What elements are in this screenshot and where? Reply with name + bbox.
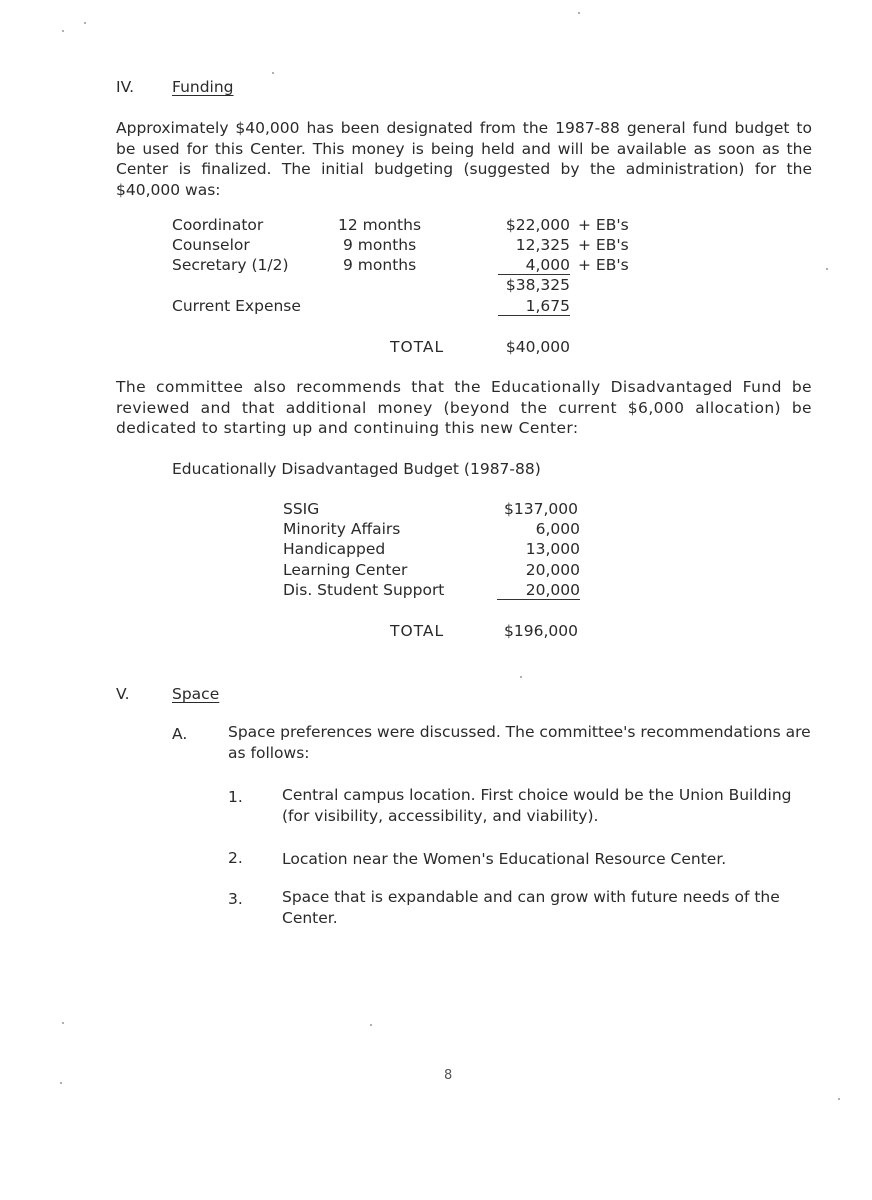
ed-label: Minority Affairs (283, 520, 400, 538)
budget-duration: 9 months (343, 256, 416, 274)
budget-label: Coordinator (172, 216, 263, 234)
list-item: Location near the Women's Educational Re… (282, 849, 812, 870)
ed-amount: 20,000 (497, 581, 580, 600)
ed-label: Learning Center (283, 561, 407, 579)
budget-label: Current Expense (172, 297, 301, 315)
scan-speck (578, 12, 580, 14)
section-v-heading: Space (172, 685, 219, 703)
section-v-numeral: V. (116, 685, 130, 703)
list-item-marker: 3. (228, 890, 243, 908)
budget-total-amount: $40,000 (480, 338, 570, 356)
scan-speck (84, 22, 86, 24)
scan-speck (62, 30, 64, 32)
budget-subtotal: $38,325 (480, 276, 570, 294)
ed-total-label: TOTAL (390, 622, 444, 640)
budget-note: + EB's (578, 216, 629, 234)
list-item: Central campus location. First choice wo… (282, 785, 812, 826)
list-item-marker: 2. (228, 849, 243, 867)
ed-amount: 13,000 (480, 540, 580, 558)
scan-speck (272, 72, 274, 74)
budget-amount: $22,000 (480, 216, 570, 234)
ed-amount: $137,000 (480, 500, 578, 518)
item-a-marker: A. (172, 725, 187, 743)
section-iv-heading: Funding (172, 78, 234, 96)
ed-fund-paragraph: The committee also recommends that the E… (116, 377, 812, 439)
budget-label: Counselor (172, 236, 250, 254)
scan-speck (520, 676, 522, 678)
list-item: Space that is expandable and can grow wi… (282, 887, 812, 928)
list-item-marker: 1. (228, 788, 243, 806)
budget-note: + EB's (578, 236, 629, 254)
ed-label: Handicapped (283, 540, 385, 558)
budget-total-label: TOTAL (390, 338, 444, 356)
budget-duration: 12 months (338, 216, 421, 234)
ed-total-amount: $196,000 (480, 622, 578, 640)
ed-label: SSIG (283, 500, 319, 518)
budget-amount: 12,325 (480, 236, 570, 254)
scan-speck (838, 1098, 840, 1100)
item-a-text: Space preferences were discussed. The co… (228, 722, 812, 763)
ed-amount: 6,000 (480, 520, 580, 538)
ed-budget-title: Educationally Disadvantaged Budget (1987… (172, 460, 541, 478)
scan-speck (826, 268, 828, 270)
budget-amount: 1,675 (498, 297, 570, 316)
budget-duration: 9 months (343, 236, 416, 254)
section-iv-numeral: IV. (116, 78, 134, 96)
budget-label: Secretary (1/2) (172, 256, 289, 274)
ed-label: Dis. Student Support (283, 581, 444, 599)
page-number: 8 (444, 1068, 452, 1083)
ed-amount: 20,000 (480, 561, 580, 579)
budget-note: + EB's (578, 256, 629, 274)
scan-speck (370, 1024, 372, 1026)
budget-amount: 4,000 (498, 256, 570, 275)
funding-paragraph: Approximately $40,000 has been designate… (116, 118, 812, 200)
scan-speck (60, 1082, 62, 1084)
scan-speck (62, 1022, 64, 1024)
